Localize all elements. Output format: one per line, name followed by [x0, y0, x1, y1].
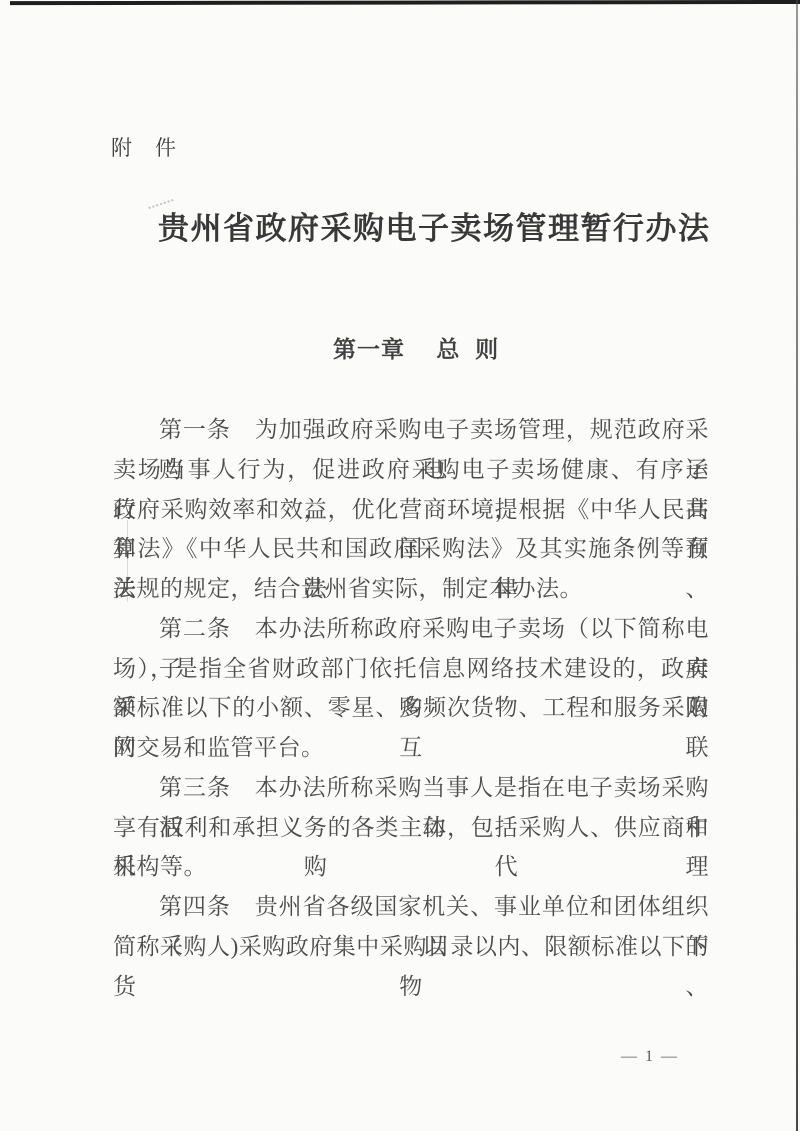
body-line: 第四条 贵州省各级国家机关、事业单位和团体组织（以下: [113, 887, 709, 927]
body-line: 第三条 本办法所称采购当事人是指在电子卖场采购活动中: [113, 768, 709, 808]
pencil-mark-artifact: [148, 199, 173, 209]
body-line: 政府采购效率和效益，优化营商环境，根据《中华人民共和国预: [113, 490, 709, 530]
body-line: 第二条 本办法所称政府采购电子卖场（以下简称电子卖: [113, 609, 709, 649]
page-number: — 1 —: [608, 1046, 692, 1068]
body-line: 简称采购人)采购政府集中采购目录以内、限额标准以下的货物、: [113, 927, 709, 967]
body-line: 场），是指全省财政部门依托信息网络技术建设的，政府采购限: [113, 649, 709, 689]
document-title: 贵州省政府采购电子卖场管理暂行办法: [158, 210, 698, 248]
body-line: 算法》《中华人民共和国政府采购法》及其实施条例等有关法律、: [113, 529, 709, 569]
chapter-heading: 第一章 总 则: [333, 330, 499, 368]
scan-edge-right-artifact: [796, 0, 798, 1131]
scan-edge-top-artifact: [10, 0, 800, 5]
body-line: 卖场当事人行为，促进政府采购电子卖场健康、有序运行，提高: [113, 450, 709, 490]
body-line: 享有权利和承担义务的各类主体，包括采购人、供应商和采购代理: [113, 808, 709, 848]
body-line: 第一条 为加强政府采购电子卖场管理，规范政府采购电子: [113, 410, 709, 450]
body-line: 额标准以下的小额、零星、多频次货物、工程和服务采购的互联: [113, 688, 709, 728]
scanned-document-page: 附 件 贵州省政府采购电子卖场管理暂行办法 第一章 总 则 第一条 为加强政府采…: [0, 0, 800, 1131]
body-text: 第一条 为加强政府采购电子卖场管理，规范政府采购电子卖场当事人行为，促进政府采购…: [113, 410, 709, 967]
attachment-label: 附 件: [111, 134, 177, 162]
